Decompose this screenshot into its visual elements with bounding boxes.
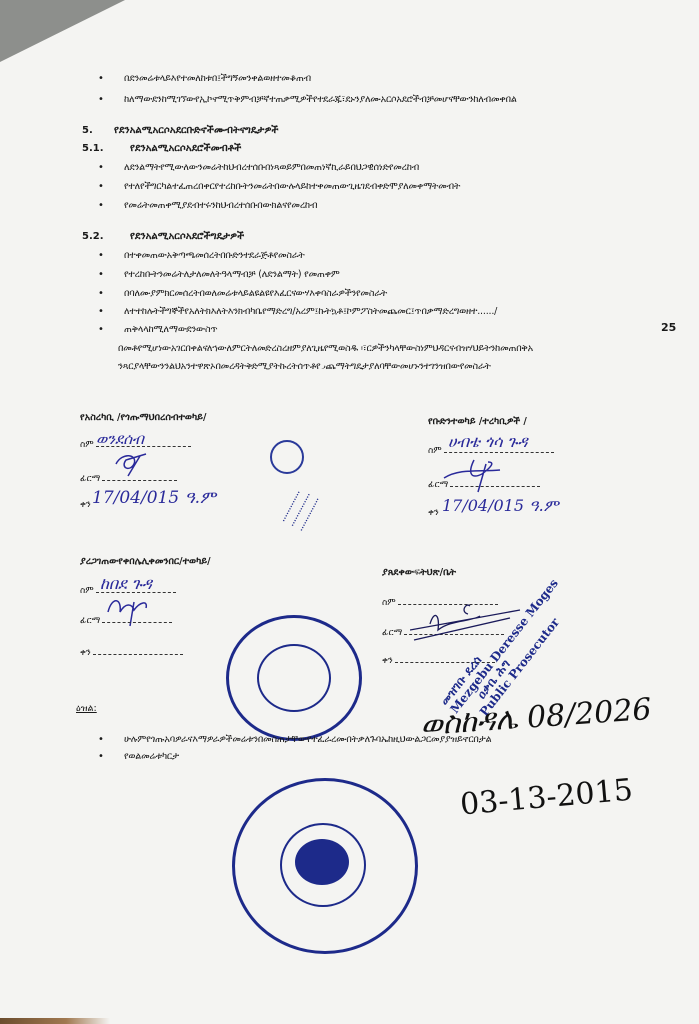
kebele-admin-title: ያረጋገጠውየቀበሌሊቀመንበር/ተወካይ/ — [80, 556, 211, 567]
kebele-admin-date-field: ቀን — [80, 648, 183, 658]
list-item-text: ለደንልማትየሚውለውንመሬትከህብረተሰቡበነጻወይምበመጠነኛኪራይበህጋዊ… — [124, 162, 419, 173]
bullet-icon: • — [98, 306, 104, 317]
field-label: ቀን — [80, 500, 91, 510]
section-title: የደንአልሚአርሶአደሮችግዴታዎች — [130, 231, 244, 242]
group-rep-date-field: ቀን — [428, 508, 439, 518]
subsection-heading: 5.2.የደንአልሚአርሶአደሮችግዴታዎች — [82, 231, 244, 242]
bullet-icon: • — [98, 73, 104, 84]
field-label: ፊርማ — [80, 474, 100, 484]
group-rep-signature-field: ፊርማ — [428, 480, 540, 490]
small-stamp-text: ········································… — [280, 487, 323, 534]
bullet-icon: • — [98, 269, 104, 280]
handover-title: የአስረካቢ /የጎጡማህበረሰብተወካይ/ — [80, 412, 206, 423]
field-label: ስም — [428, 446, 442, 456]
section-title: የደንአልሚአርሶአደርቡድኖችሙብትናግዴታዎች — [114, 125, 278, 136]
section-heading: 5.የደንአልሚአርሶአደርቡድኖችሙብትናግዴታዎች — [82, 125, 278, 136]
bullet-icon: • — [98, 94, 104, 105]
section-number: 5.2. — [82, 231, 130, 242]
page-number: 25 — [661, 321, 676, 334]
list-item: • በተቀመጠውአቅጣጫመሰረትበቡድንተደራጅቶየመስራት — [124, 250, 305, 261]
bullet-icon: • — [98, 200, 104, 211]
small-seal — [270, 440, 304, 474]
document-page: • በደንመሬቱላይእየተመለከቱበ፤ችግኝመንቀልወዘተመቆጠብ • ከለማው… — [0, 0, 699, 1024]
section-title: የደንአልሚአርሶአደሮችመብቶች — [130, 143, 241, 154]
handover-signature-field: ፊርማ — [80, 474, 177, 484]
list-item-text: የተረከቡትንመሬትለታለመለትዓላማብቻ (ለደንልማት) የመጠቀም — [124, 269, 340, 280]
list-item-text: ከለማውደንከሚገኘውየኢኮኖሚጥቅምብቻኛተጠቃሚዎችየተደራጁ፣ደኑንያለሙ… — [124, 94, 517, 105]
note-label: ዕዝል: — [76, 703, 97, 714]
field-label: ቀን — [428, 508, 439, 518]
field-label: ፊርማ — [382, 628, 402, 638]
list-item-text: የተለየችግርካልተፈጠረበቀርየተረከቡትንመሬትበውሉላይከተቀመጠውጊዜገ… — [124, 181, 460, 192]
group-rep-signature — [440, 456, 520, 496]
bullet-icon: • — [98, 162, 104, 173]
bullet-icon: • — [98, 288, 104, 299]
field-label: ቀን — [80, 648, 91, 658]
list-item: • ከለማውደንከሚገኘውየኢኮኖሚጥቅምብቻኛተጠቃሚዎችየተደራጁ፣ደኑንያ… — [124, 94, 517, 105]
list-item: • ለተተከሉትችግኞችየአለትክእለትእንክብካቤየማድረግ/አረም፤ኩትኳቶ… — [124, 306, 497, 317]
list-item-text: የመሬትመጠቀሚያደብተሩንከህብረተሰቡበውክልናየመረከብ — [124, 200, 317, 211]
list-item: • የተለየችግርካልተፈጠረበቀርየተረከቡትንመሬትበውሉላይከተቀመጠውጊ… — [124, 181, 460, 192]
section-number: 5. — [82, 125, 114, 136]
continuation-line: በመቶየሚሆነውአገርበቀልናለኀውለምርትለመድረስረዘምያለጊዜየሚወስዱ … — [118, 343, 533, 354]
handover-name-value: ወንደሰብ — [96, 430, 144, 448]
list-item: • በደንመሬቱላይእየተመለከቱበ፤ችግኝመንቀልወዘተመቆጠብ — [124, 73, 311, 84]
page-bottom-edge — [0, 1018, 110, 1024]
bullet-icon: • — [98, 181, 104, 192]
field-label: ፊርማ — [80, 616, 100, 626]
list-item: • ጠቅላላከሚለማውደንውስጥ — [124, 324, 217, 335]
field-label: ፊርማ — [428, 480, 448, 490]
bullet-icon: • — [98, 751, 104, 762]
handover-date-field: ቀን — [80, 500, 91, 510]
kebele-admin-signature-field: ፊርማ — [80, 616, 172, 626]
list-item-text: ለተተከሉትችግኞችየአለትክእለትእንክብካቤየማድረግ/አረም፤ኩትኳቶ፤ኮ… — [124, 306, 497, 317]
list-item: • የመሬትመጠቀሚያደብተሩንከህብረተሰቡበውክልናየመረከብ — [124, 200, 317, 211]
court-title: ያጸደቀውፍትህጽ/ቤት — [382, 567, 456, 578]
field-label: ስም — [382, 598, 396, 608]
handwritten-date: 03-13-2015 — [459, 773, 634, 823]
list-item-text: በተቀመጠውአቅጣጫመሰረትበቡድንተደራጅቶየመስራት — [124, 250, 305, 261]
page-corner-shadow — [0, 0, 125, 62]
list-item-text: ጠቅላላከሚለማውደንውስጥ — [124, 324, 217, 335]
list-item-text: በደንመሬቱላይእየተመለከቱበ፤ችግኝመንቀልወዘተመቆጠብ — [124, 73, 311, 84]
bullet-icon: • — [98, 324, 104, 335]
list-item: • የተረከቡትንመሬትለታለመለትዓላማብቻ (ለደንልማት) የመጠቀም — [124, 269, 340, 280]
group-rep-date-value: 17/04/015 ዓ.ም — [442, 496, 559, 516]
section-number: 5.1. — [82, 143, 130, 154]
kebele-seal — [226, 615, 362, 741]
office-seal — [232, 778, 418, 954]
bullet-icon: • — [98, 734, 104, 745]
handover-date-value: 17/04/015 ዓ.ም — [92, 488, 216, 508]
list-item: • የወልመሬቱካርታ — [124, 751, 179, 762]
field-label: ስም — [80, 586, 94, 596]
subsection-heading: 5.1.የደንአልሚአርሶአደሮችመብቶች — [82, 143, 241, 154]
continuation-line: ንጻርያላቸውንንልህአንተዋጽኦበመረዳትቅድሚያትኩረትሰጥቶየ᎕ጨማትግዴ… — [118, 361, 491, 373]
field-label: ቀን — [382, 656, 393, 666]
bullet-icon: • — [98, 250, 104, 261]
field-label: ስም — [80, 440, 94, 450]
group-rep-title: የቡድንተወካይ /ተረካቢዎች / — [428, 416, 527, 427]
list-item: • በባለሙያምክርመሰረትበወለመሬቱላይልዩልዩየእፈርናውሃእቀባስራዎች… — [124, 288, 387, 299]
list-item-text: የወልመሬቱካርታ — [124, 751, 179, 762]
list-item-text: በባለሙያምክርመሰረትበወለመሬቱላይልዩልዩየእፈርናውሃእቀባስራዎችንየ… — [124, 288, 387, 299]
list-item: • ለደንልማትየሚውለውንመሬትከህብረተሰቡበነጻወይምበመጠነኛኪራይበህ… — [124, 162, 419, 173]
group-rep-name-value: ሀብቴ ጎሳ ጉዳ — [448, 432, 527, 452]
